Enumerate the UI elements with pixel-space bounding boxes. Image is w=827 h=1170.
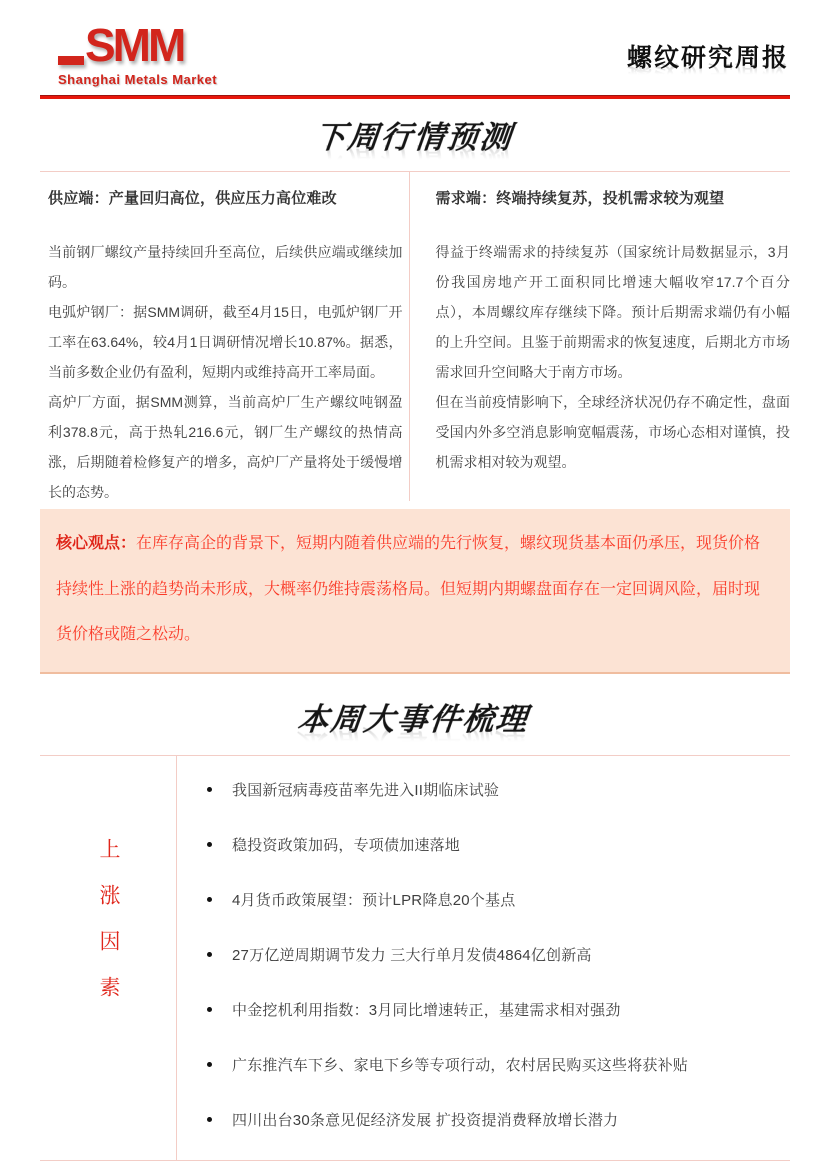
bullet-icon [207, 897, 212, 902]
event-item-text: 广东推汽车下乡、家电下乡等专项行动，农村居民购买这些将获补贴 [232, 1054, 688, 1075]
event-item-text: 4月货币政策展望：预计LPR降息20个基点 [232, 889, 515, 910]
event-item: 4月货币政策展望：预计LPR降息20个基点 [177, 872, 790, 927]
header-divider-line [40, 95, 790, 99]
bullet-icon [207, 1007, 212, 1012]
logo-text: SMM [85, 22, 183, 68]
event-item-text: 四川出台30条意见促经济发展 扩投资提消费释放增长潜力 [232, 1109, 618, 1130]
supply-column: 供应端：产量回归高位，供应压力高位难改 当前钢厂螺纹产量持续回升至高位，后续供应… [40, 172, 409, 501]
events-list: 我国新冠病毒疫苗率先进入II期临床试验 稳投资政策加码，专项债加速落地 4月货币… [177, 756, 790, 1147]
rising-factors-label: 上涨因素 [93, 838, 123, 1022]
events-section-title: 本周大事件梳理 [296, 694, 532, 739]
bullet-icon [207, 1062, 212, 1067]
supply-paragraph: 高炉厂方面，据SMM测算，当前高炉厂生产螺纹吨钢盈利378.8元，高于热轧216… [48, 388, 403, 508]
event-item: 广东推汽车下乡、家电下乡等专项行动，农村居民购买这些将获补贴 [177, 1037, 790, 1092]
demand-paragraph: 但在当前疫情影响下，全球经济状况仍存不确定性，盘面受国内外多空消息影响宽幅震荡，… [436, 388, 791, 478]
supply-heading: 供应端：产量回归高位，供应压力高位难改 [48, 187, 403, 208]
events-section: 上涨因素 我国新冠病毒疫苗率先进入II期临床试验 稳投资政策加码，专项债加速落地… [40, 755, 790, 1161]
event-item: 我国新冠病毒疫苗率先进入II期临床试验 [177, 762, 790, 817]
bullet-icon [207, 1117, 212, 1122]
core-viewpoint-box: 核心观点：在库存高企的背景下，短期内随着供应端的先行恢复，螺纹现货基本面仍承压，… [40, 509, 790, 674]
supply-paragraph: 当前钢厂螺纹产量持续回升至高位，后续供应端或继续加码。 [48, 238, 403, 298]
core-viewpoint-text: 在库存高企的背景下，短期内随着供应端的先行恢复，螺纹现货基本面仍承压，现货价格持… [56, 535, 760, 643]
forecast-section-title: 下周行情预测 [312, 112, 515, 157]
forecast-title-wrap: 下周行情预测 [0, 112, 827, 157]
demand-heading: 需求端：终端持续复苏，投机需求较为观望 [436, 187, 791, 208]
header: SMM Shanghai Metals Market 螺纹研究周报 [0, 0, 827, 95]
report-page: SMM Shanghai Metals Market 螺纹研究周报 下周行情预测… [0, 0, 827, 1170]
logo-wordmark: SMM [58, 22, 217, 68]
report-title: 螺纹研究周报 [627, 38, 789, 74]
logo-dash-icon [58, 56, 84, 65]
event-item-text: 稳投资政策加码，专项债加速落地 [232, 834, 460, 855]
events-category-cell: 上涨因素 [40, 756, 177, 1160]
event-item: 中金挖机利用指数：3月同比增速转正，基建需求相对强劲 [177, 982, 790, 1037]
bullet-icon [207, 842, 212, 847]
event-item-text: 我国新冠病毒疫苗率先进入II期临床试验 [232, 779, 499, 800]
demand-paragraph: 得益于终端需求的持续复苏（国家统计局数据显示，3月份我国房地产开工面积同比增速大… [436, 238, 791, 388]
logo-subtitle: Shanghai Metals Market [58, 72, 217, 87]
event-item-text: 中金挖机利用指数：3月同比增速转正，基建需求相对强劲 [232, 999, 621, 1020]
demand-column: 需求端：终端持续复苏，投机需求较为观望 得益于终端需求的持续复苏（国家统计局数据… [409, 172, 791, 501]
event-item: 稳投资政策加码，专项债加速落地 [177, 817, 790, 872]
forecast-columns: 供应端：产量回归高位，供应压力高位难改 当前钢厂螺纹产量持续回升至高位，后续供应… [40, 171, 790, 501]
event-item: 27万亿逆周期调节发力 三大行单月发债4864亿创新高 [177, 927, 790, 982]
event-item-text: 27万亿逆周期调节发力 三大行单月发债4864亿创新高 [232, 944, 592, 965]
smm-logo: SMM Shanghai Metals Market [58, 22, 217, 87]
event-item: 四川出台30条意见促经济发展 扩投资提消费释放增长潜力 [177, 1092, 790, 1147]
events-list-cell: 我国新冠病毒疫苗率先进入II期临床试验 稳投资政策加码，专项债加速落地 4月货币… [177, 756, 790, 1160]
core-viewpoint-label: 核心观点： [56, 535, 136, 552]
events-title-wrap: 本周大事件梳理 [0, 694, 827, 739]
bullet-icon [207, 787, 212, 792]
bullet-icon [207, 952, 212, 957]
supply-paragraph: 电弧炉钢厂：据SMM调研，截至4月15日，电弧炉钢厂开工率在63.64%，较4月… [48, 298, 403, 388]
